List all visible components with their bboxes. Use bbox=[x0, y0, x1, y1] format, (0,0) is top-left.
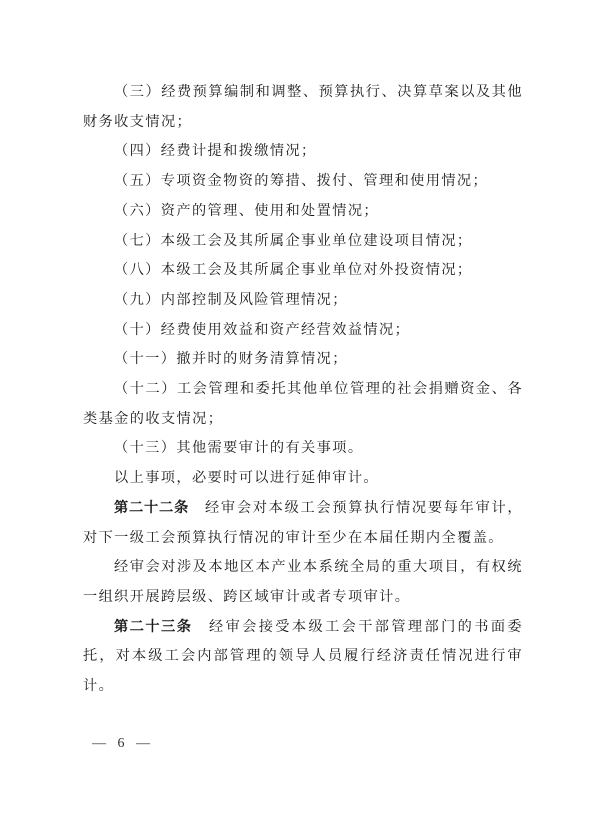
paragraph-item-7: （七）本级工会及其所属企事业单位建设项目情况； bbox=[83, 227, 523, 257]
paragraph-item-6: （六）资产的管理、使用和处置情况； bbox=[83, 197, 523, 227]
article-22-heading: 第二十二条 bbox=[114, 500, 189, 516]
paragraph-item-5: （五）专项资金物资的筹措、拨付、管理和使用情况； bbox=[83, 167, 523, 197]
page-number: — 6 — bbox=[92, 736, 154, 752]
article-22: 第二十二条 经审会对本级工会预算执行情况要每年审计，对下一级工会预算执行情况的审… bbox=[83, 494, 523, 553]
paragraph-item-12: （十二）工会管理和委托其他单位管理的社会捐赠资金、各类基金的收支情况； bbox=[83, 375, 523, 434]
document-body: （三）经费预算编制和调整、预算执行、决算草案以及其他财务收支情况； （四）经费计… bbox=[83, 78, 523, 702]
paragraph-item-3: （三）经费预算编制和调整、预算执行、决算草案以及其他财务收支情况； bbox=[83, 78, 523, 137]
paragraph-item-11: （十一）撤并时的财务清算情况； bbox=[83, 345, 523, 375]
paragraph-item-9: （九）内部控制及风险管理情况； bbox=[83, 286, 523, 316]
paragraph-major-projects: 经审会对涉及本地区本产业本系统全局的重大项目，有权统一组织开展跨层级、跨区域审计… bbox=[83, 553, 523, 612]
article-23-heading: 第二十三条 bbox=[114, 619, 192, 635]
paragraph-item-13: （十三）其他需要审计的有关事项。 bbox=[83, 434, 523, 464]
article-23: 第二十三条 经审会接受本级工会干部管理部门的书面委托，对本级工会内部管理的领导人… bbox=[83, 613, 523, 702]
paragraph-item-4: （四）经费计提和拨缴情况； bbox=[83, 137, 523, 167]
paragraph-item-8: （八）本级工会及其所属企事业单位对外投资情况； bbox=[83, 256, 523, 286]
paragraph-item-10: （十）经费使用效益和资产经营效益情况； bbox=[83, 316, 523, 346]
paragraph-extension-audit: 以上事项，必要时可以进行延伸审计。 bbox=[83, 464, 523, 494]
